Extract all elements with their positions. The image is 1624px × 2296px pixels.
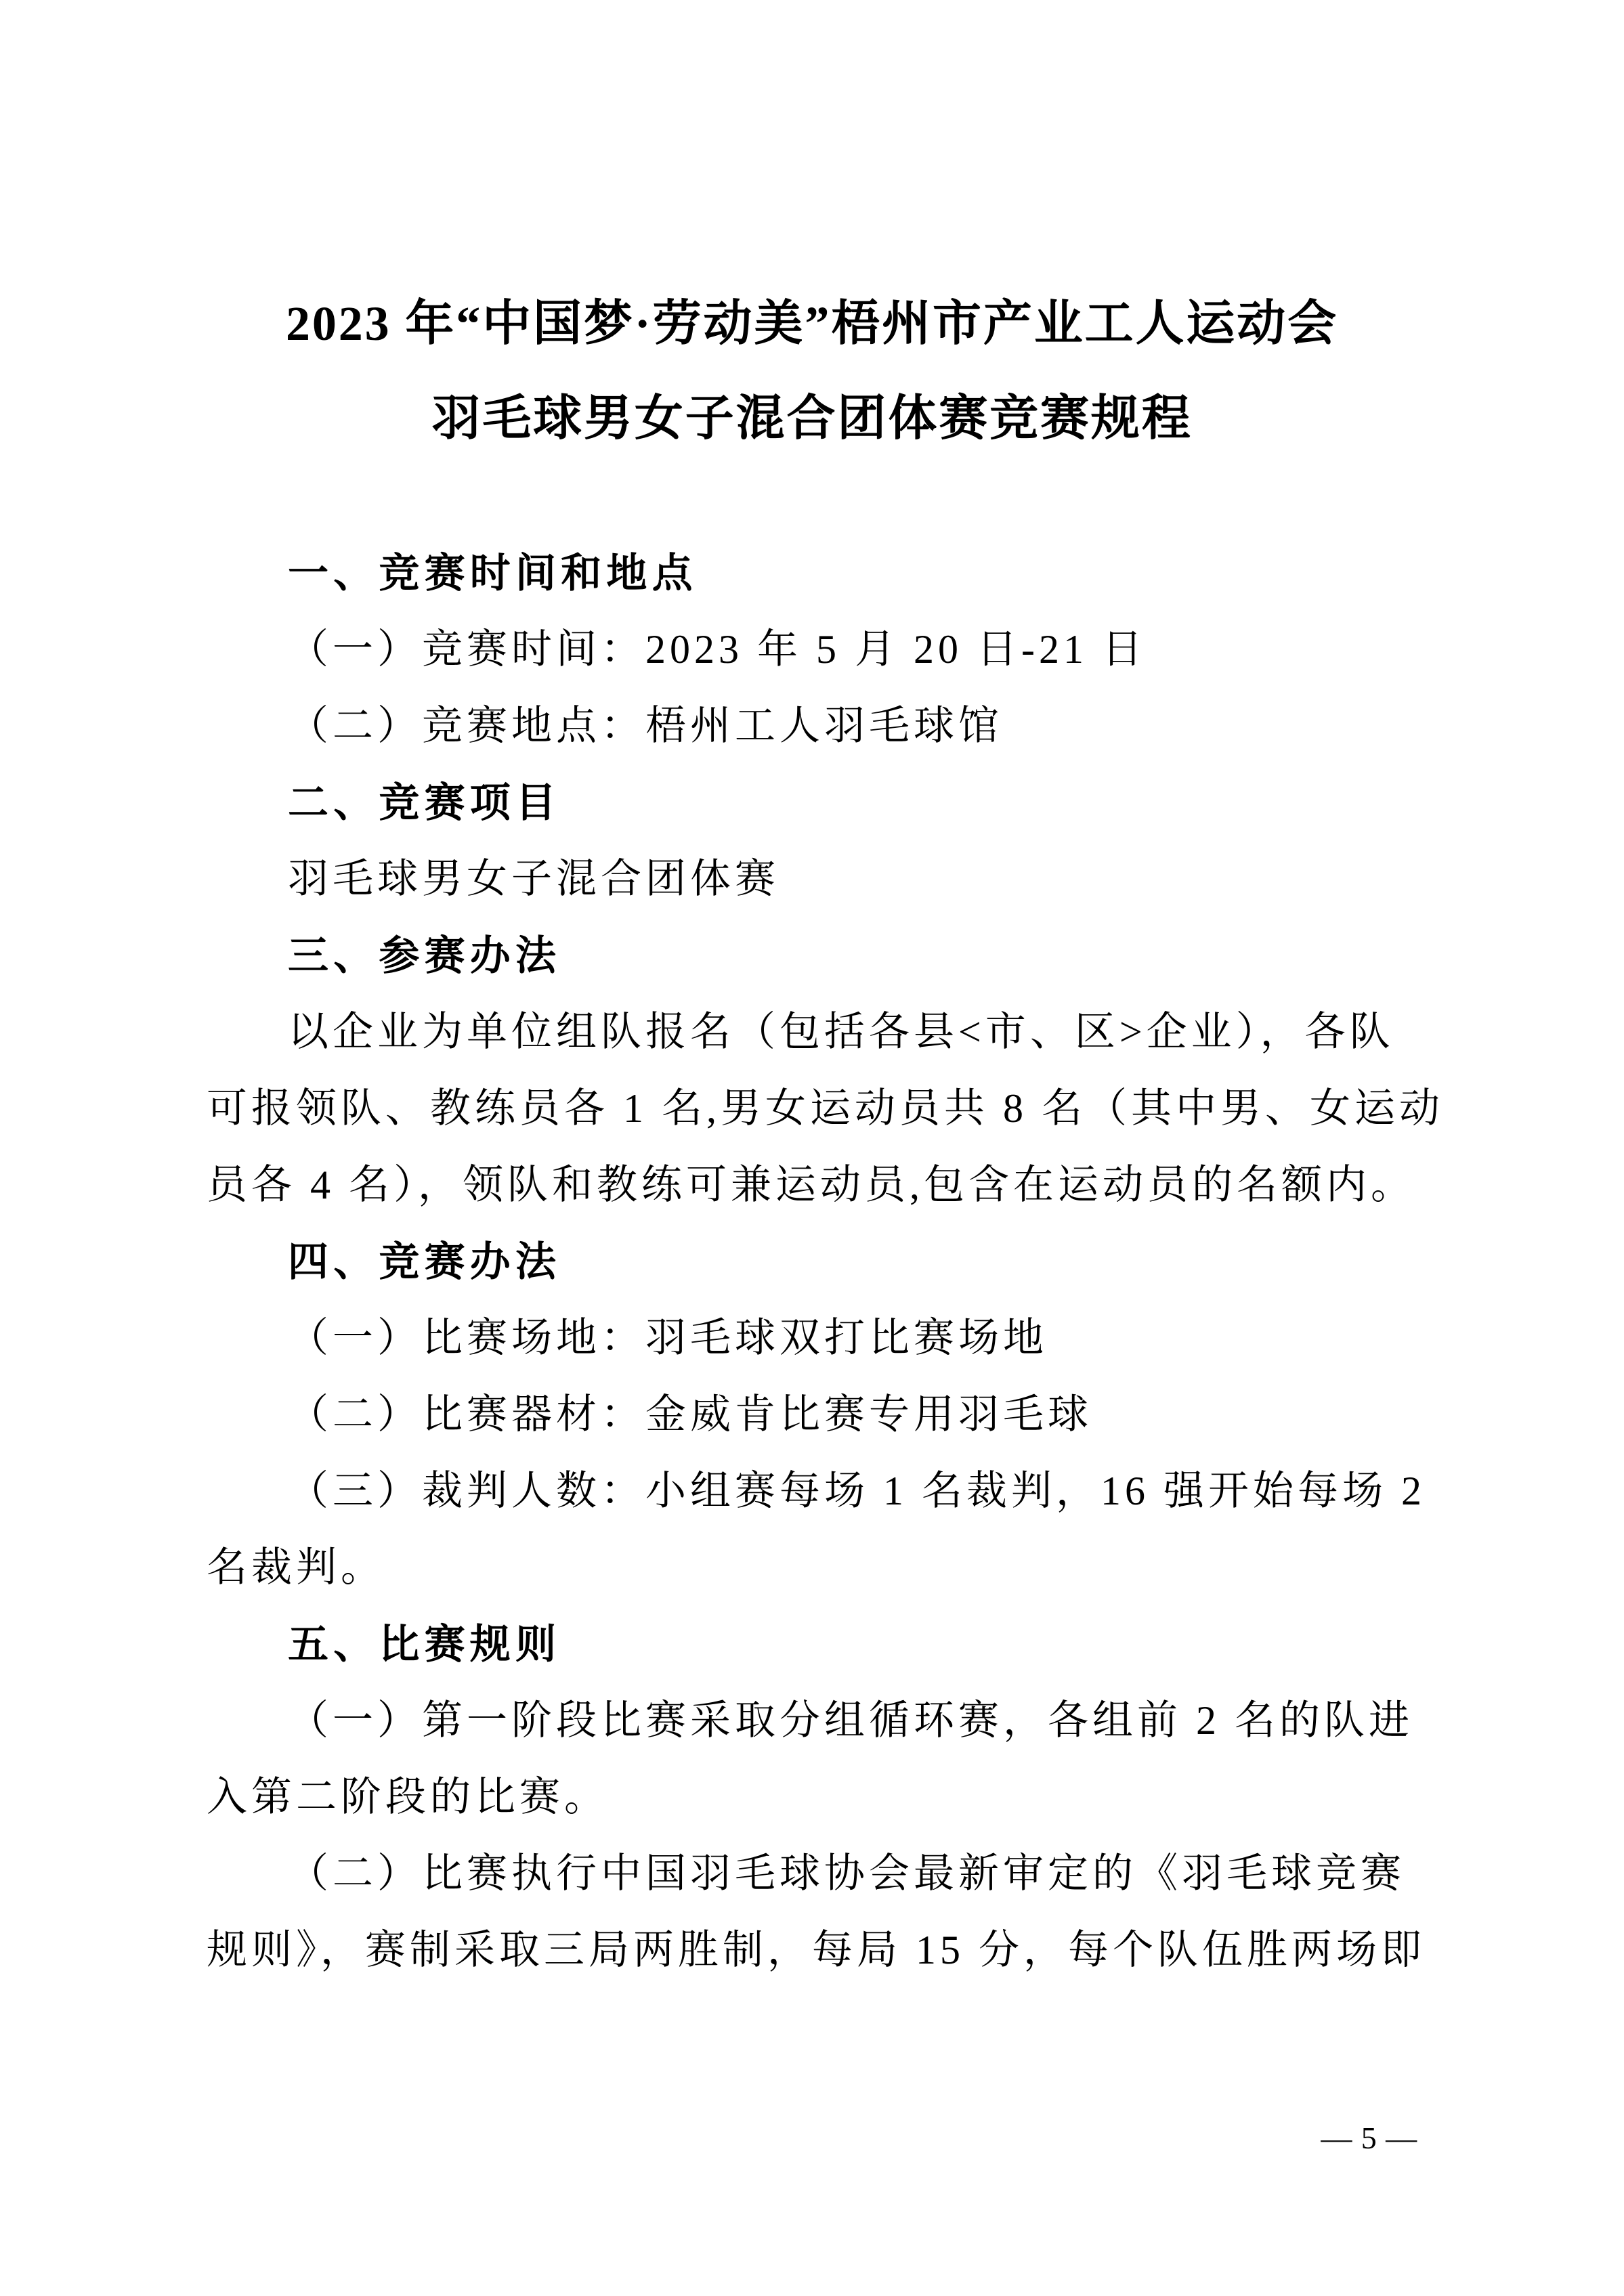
line-stage1-rule-2: 入第二阶段的比赛。	[207, 1759, 1419, 1836]
line-rule-execution-1: （二）比赛执行中国羽毛球协会最新审定的《羽毛球竞赛	[207, 1836, 1419, 1912]
document-title-line-2: 羽毛球男女子混合团体赛竞赛规程	[0, 371, 1624, 466]
line-competition-time: （一）竞赛时间：2023 年 5 月 20 日-21 日	[207, 611, 1419, 688]
document-title-line-1: 2023 年“中国梦·劳动美”梧州市产业工人运动会	[0, 276, 1624, 371]
line-referee-count-2: 名裁判。	[207, 1530, 1419, 1606]
line-match-equipment: （二）比赛器材：金威肯比赛专用羽毛球	[207, 1377, 1419, 1453]
line-match-venue: （一）比赛场地：羽毛球双打比赛场地	[207, 1300, 1419, 1377]
line-stage1-rule-1: （一）第一阶段比赛采取分组循环赛，各组前 2 名的队进	[207, 1683, 1419, 1759]
heading-match-rules: 五、比赛规则	[207, 1606, 1419, 1683]
line-event-name: 羽毛球男女子混合团体赛	[207, 841, 1419, 917]
line-entry-paragraph-1: 以企业为单位组队报名（包括各县<市、区>企业），各队	[207, 994, 1419, 1070]
heading-competition-time-venue: 一、竞赛时间和地点	[207, 535, 1419, 611]
document-body: 一、竞赛时间和地点 （一）竞赛时间：2023 年 5 月 20 日-21 日 （…	[207, 535, 1419, 1989]
heading-entry-rules: 三、参赛办法	[207, 917, 1419, 994]
line-referee-count-1: （三）裁判人数：小组赛每场 1 名裁判，16 强开始每场 2	[207, 1453, 1419, 1530]
line-entry-paragraph-3: 员各 4 名），领队和教练可兼运动员,包含在运动员的名额内。	[207, 1147, 1419, 1223]
heading-competition-events: 二、竞赛项目	[207, 764, 1419, 841]
line-competition-venue: （二）竞赛地点：梧州工人羽毛球馆	[207, 688, 1419, 764]
document-page: 2023 年“中国梦·劳动美”梧州市产业工人运动会 羽毛球男女子混合团体赛竞赛规…	[0, 0, 1624, 2296]
page-number: — 5 —	[1321, 2118, 1417, 2159]
line-rule-execution-2: 规则》，赛制采取三局两胜制，每局 15 分，每个队伍胜两场即	[207, 1912, 1419, 1989]
line-entry-paragraph-2: 可报领队、教练员各 1 名,男女运动员共 8 名（其中男、女运动	[207, 1070, 1419, 1147]
heading-competition-method: 四、竞赛办法	[207, 1223, 1419, 1300]
document-title: 2023 年“中国梦·劳动美”梧州市产业工人运动会 羽毛球男女子混合团体赛竞赛规…	[0, 276, 1624, 466]
